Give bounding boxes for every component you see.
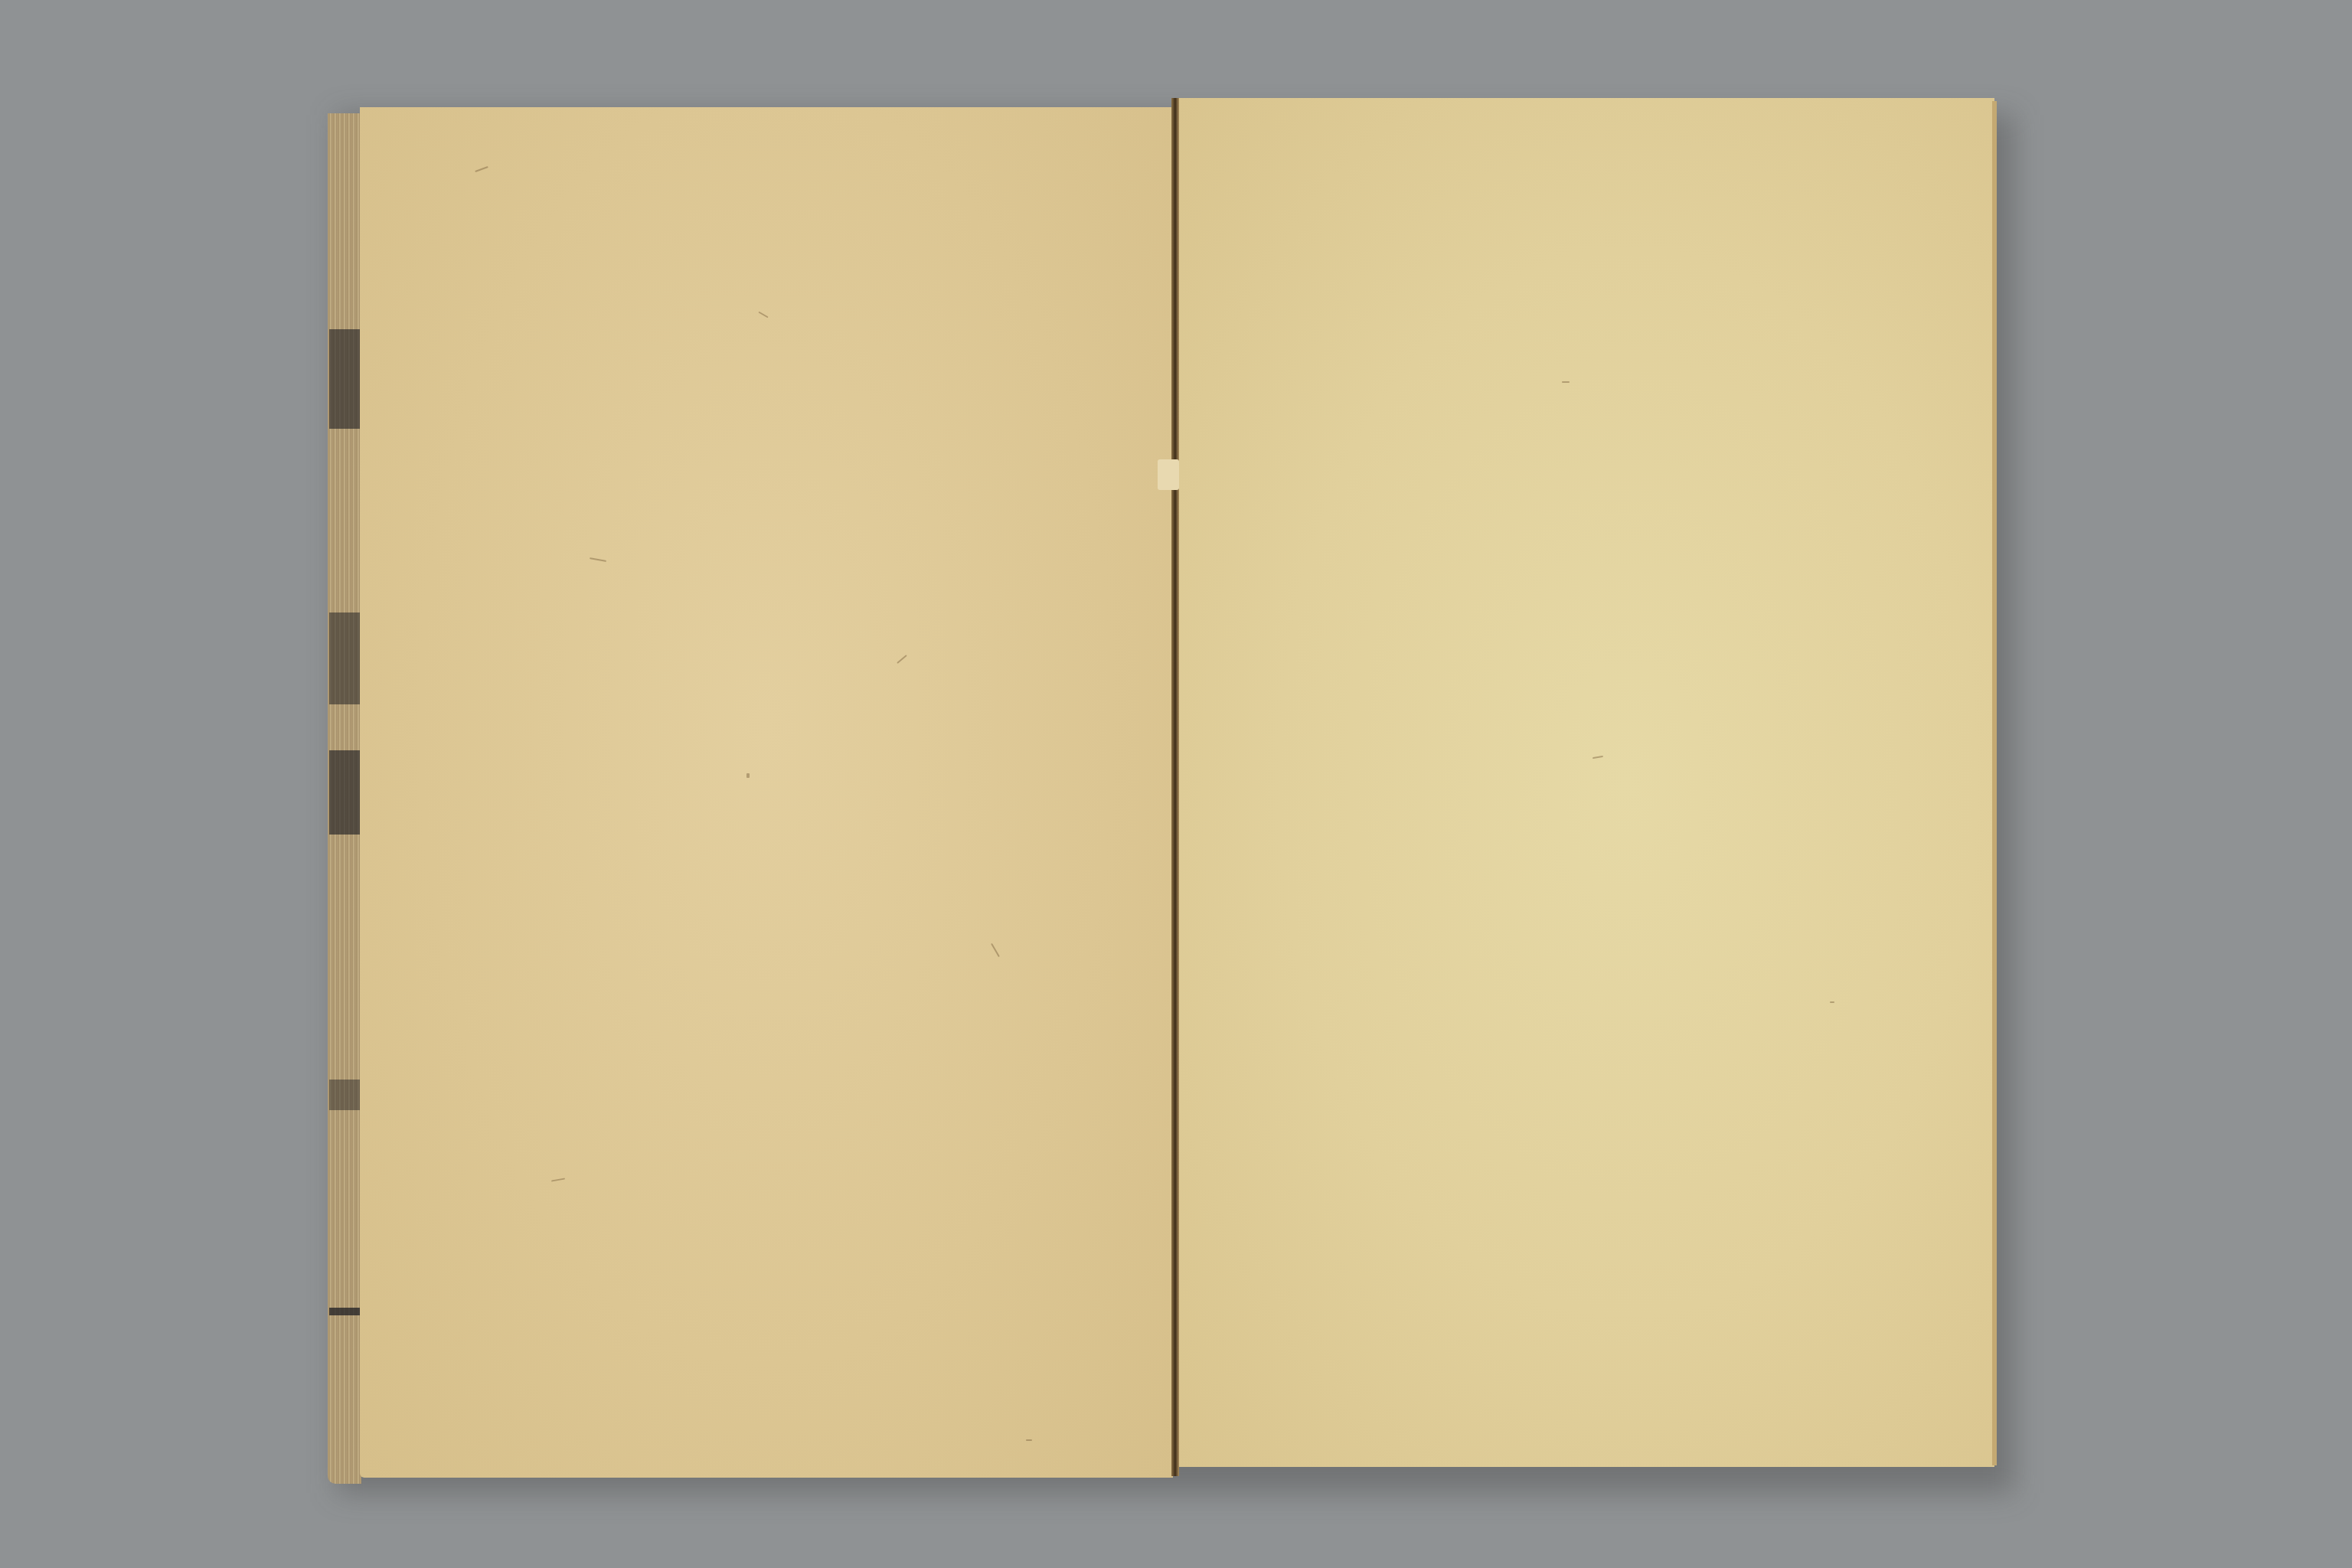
paper-fleck bbox=[1026, 1439, 1032, 1441]
paper-fleck bbox=[590, 557, 606, 562]
fore-edge-ink-mark bbox=[329, 329, 360, 429]
paper-fleck bbox=[758, 312, 768, 318]
fore-edge-ink-mark bbox=[329, 1080, 360, 1110]
gutter-binding bbox=[1171, 98, 1179, 1476]
paper-tab bbox=[1158, 459, 1179, 490]
fore-edge-ink-line bbox=[329, 1308, 360, 1315]
paper-fleck bbox=[897, 655, 907, 664]
open-book bbox=[0, 0, 2352, 1568]
paper-fleck bbox=[991, 943, 1000, 957]
fore-edge-ink-mark bbox=[329, 612, 360, 704]
paper-fleck bbox=[1830, 1001, 1834, 1003]
paper-fleck bbox=[551, 1178, 565, 1181]
paper-fleck bbox=[1592, 756, 1603, 759]
right-page bbox=[1179, 98, 1994, 1467]
paper-fleck bbox=[475, 166, 488, 172]
paper-fleck bbox=[1562, 381, 1570, 383]
paper-fleck bbox=[746, 773, 750, 778]
fore-edge-ink-mark bbox=[329, 750, 360, 835]
left-page bbox=[360, 107, 1173, 1478]
right-page-edge bbox=[1992, 101, 1997, 1465]
